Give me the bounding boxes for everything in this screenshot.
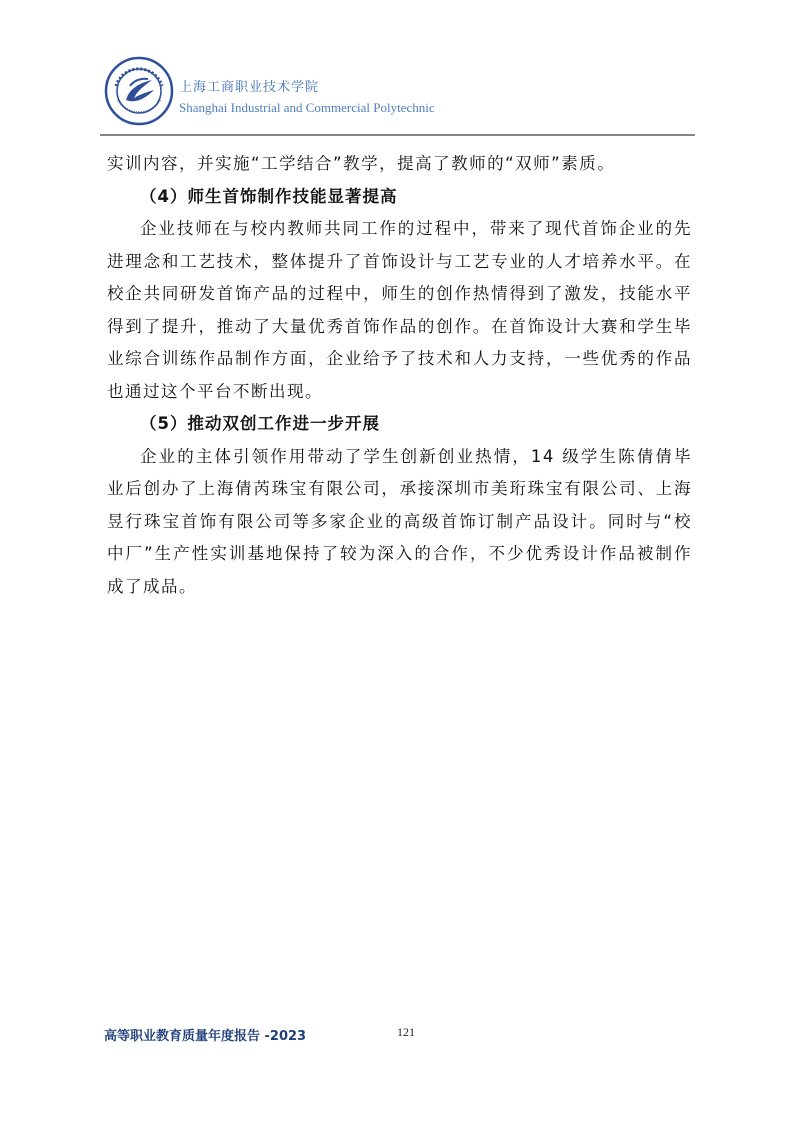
paragraph-entrepreneurship: 企业的主体引领作用带动了学生创新创业热情，14 级学生陈倩倩毕业后创办了上海倩芮… bbox=[107, 441, 692, 604]
footer-report-title: 高等职业教育质量年度报告 -2023 bbox=[104, 1025, 306, 1044]
school-name-cn: 上海工商职业技术学院 bbox=[179, 76, 319, 95]
paragraph-continuation: 实训内容，并实施“工学结合”教学，提高了教师的“双师”素质。 bbox=[107, 148, 692, 181]
school-name-en: Shanghai Industrial and Commercial Polyt… bbox=[179, 100, 435, 116]
header-divider bbox=[100, 134, 695, 136]
section-heading-5: （5）推动双创工作进一步开展 bbox=[107, 408, 692, 441]
document-body: 实训内容，并实施“工学结合”教学，提高了教师的“双师”素质。 （4）师生首饰制作… bbox=[107, 148, 692, 603]
page-number: 121 bbox=[397, 1025, 415, 1040]
school-emblem-icon bbox=[104, 56, 174, 126]
page-header: 上海工商职业技术学院 Shanghai Industrial and Comme… bbox=[104, 54, 704, 134]
paragraph-skills: 企业技师在与校内教师共同工作的过程中，带来了现代首饰企业的先进理念和工艺技术，整… bbox=[107, 213, 692, 408]
section-heading-4: （4）师生首饰制作技能显著提高 bbox=[107, 181, 692, 214]
